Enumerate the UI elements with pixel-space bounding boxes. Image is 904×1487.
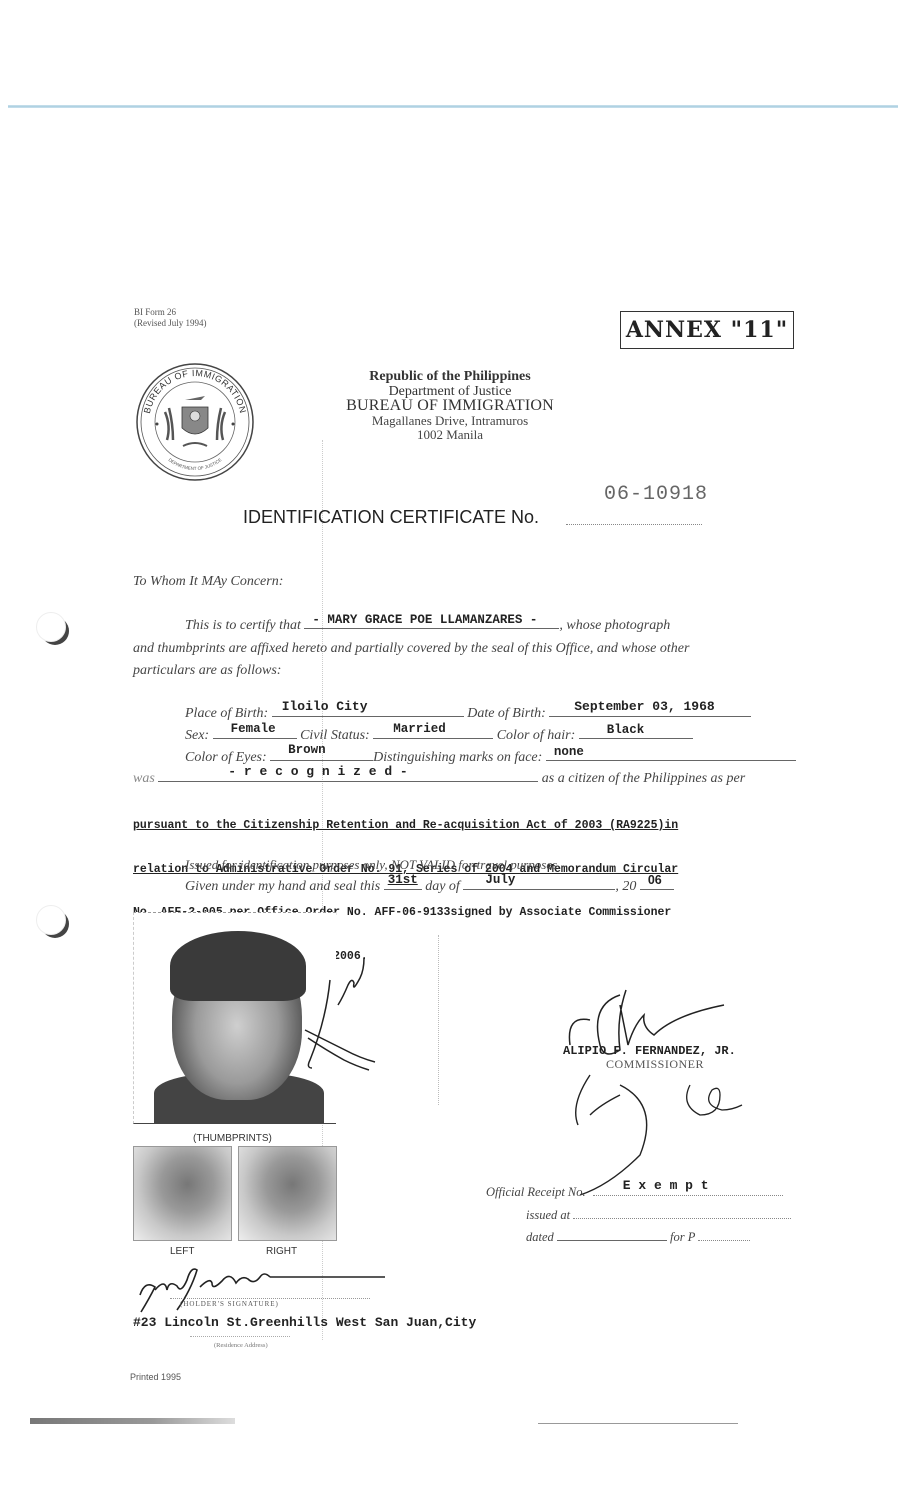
civil-status-label: Civil Status: <box>300 728 370 743</box>
issue-day: 31st <box>388 873 418 887</box>
hair-field: Black <box>579 738 693 739</box>
scan-artifact <box>538 1423 738 1424</box>
marks-label: Distinguishing marks on face: <box>373 750 542 765</box>
sex-value: Female <box>231 722 276 736</box>
eyes-label: Color of Eyes: <box>185 750 267 765</box>
certify-line: This is to certify that - MARY GRACE POE… <box>185 618 670 634</box>
eyes-value: Brown <box>288 743 326 757</box>
place-of-birth-field: Iloilo City <box>272 716 464 717</box>
month-field: July <box>463 889 615 890</box>
day-field: 31st <box>384 889 422 890</box>
dated-field <box>557 1240 667 1241</box>
place-of-birth: Iloilo City <box>282 699 368 714</box>
dated-row: dated for P <box>526 1230 750 1245</box>
date-of-birth-field: September 03, 1968 <box>549 716 751 717</box>
certify-suffix: , whose photograph <box>559 618 670 633</box>
year-field: 06 <box>640 889 674 890</box>
certificate-title: IDENTIFICATION CERTIFICATE No. <box>243 507 539 528</box>
residence-address: #23 Lincoln St.Greenhills West San Juan,… <box>133 1315 476 1330</box>
bureau-seal-icon: BUREAU OF IMMIGRATION DEPARTMENT OF JUST… <box>135 362 255 482</box>
receipt-field: E x e m p t <box>593 1195 783 1196</box>
certify-line-3: particulars are as follows: <box>133 663 281 679</box>
issued-at-field <box>573 1218 791 1219</box>
date-of-birth: September 03, 1968 <box>574 699 714 714</box>
for-amount-label: for P <box>670 1230 695 1244</box>
annex-label: ANNEX "11" <box>620 311 794 349</box>
marks-value: none <box>554 745 584 759</box>
marks-field: none <box>546 760 796 761</box>
dated-label: dated <box>526 1230 554 1244</box>
receipt-row: Official Receipt No. E x e m p t <box>486 1185 783 1200</box>
birth-row: Place of Birth: Iloilo City Date of Birt… <box>185 706 751 722</box>
svg-text:DEPARTMENT OF JUSTICE: DEPARTMENT OF JUSTICE <box>168 457 223 471</box>
holder-name: - MARY GRACE POE LLAMANZARES - <box>312 613 537 627</box>
issued-row: issued at <box>526 1208 791 1223</box>
header-city: 1002 Manila <box>330 428 570 443</box>
hair-value: Black <box>607 723 645 737</box>
place-of-birth-label: Place of Birth: <box>185 706 268 721</box>
residence-address-label: (Residence Address) <box>214 1342 268 1349</box>
seal-impression-edge <box>438 935 439 1105</box>
sex-row: Sex: Female Civil Status: Married Color … <box>185 728 693 744</box>
left-thumb-caption: LEFT <box>170 1246 194 1257</box>
certificate-number-line <box>566 524 702 525</box>
certificate-number: 06-10918 <box>604 483 708 506</box>
form-revised-text: (Revised July 1994) <box>134 318 207 329</box>
citizen-text: as a citizen of the Philippines as per <box>542 771 745 786</box>
sex-label: Sex: <box>185 728 209 743</box>
address-line <box>190 1336 290 1337</box>
certify-prefix: This is to certify that <box>185 618 301 633</box>
year-prefix: , 20 <box>615 879 636 894</box>
printed-year: Printed 1995 <box>130 1372 181 1382</box>
header-bureau: BUREAU OF IMMIGRATION <box>330 399 570 414</box>
commissioner-title: COMMISSIONER <box>606 1057 704 1072</box>
scan-edge-line <box>8 105 898 108</box>
issue-year: 06 <box>648 873 662 887</box>
sex-field: Female <box>213 738 297 739</box>
receipt-value: E x e m p t <box>623 1178 709 1193</box>
status-field: - r e c o g n i z e d - <box>158 781 538 782</box>
recognized-row: was - r e c o g n i z e d - as a citizen… <box>133 771 745 787</box>
certify-line-2: and thumbprints are affixed hereto and p… <box>133 641 689 657</box>
header-address: Magallanes Drive, Intramuros <box>330 414 570 429</box>
commissioner-name: ALIPIO F. FERNANDEZ, JR. <box>563 1044 736 1058</box>
amount-field <box>698 1240 750 1241</box>
eyes-field: Brown <box>270 760 373 761</box>
left-thumbprint <box>133 1146 232 1241</box>
header-republic: Republic of the Philippines <box>330 370 570 385</box>
form-number: BI Form 26 (Revised July 1994) <box>134 307 207 329</box>
right-thumb-caption: RIGHT <box>266 1246 297 1257</box>
given-prefix: Given under my hand and seal this <box>185 879 380 894</box>
civil-status: Married <box>393 722 446 736</box>
holder-signature-label: (HOLDER'S SIGNATURE) <box>180 1300 279 1308</box>
was-label: was <box>133 771 155 786</box>
punch-hole-icon <box>36 905 66 935</box>
commissioner-signature-icon <box>560 975 810 1195</box>
civil-status-field: Married <box>373 738 493 739</box>
salutation: To Whom It MAy Concern: <box>133 574 283 590</box>
receipt-label: Official Receipt No. <box>486 1185 586 1199</box>
photo-signature-icon <box>300 950 390 1080</box>
form-number-text: BI Form 26 <box>134 307 207 318</box>
right-thumbprint <box>238 1146 337 1241</box>
holder-signature-line <box>170 1298 370 1299</box>
legal-basis-line: pursuant to the Citizenship Retention an… <box>133 819 813 834</box>
punch-hole-icon <box>36 612 66 642</box>
issued-at-label: issued at <box>526 1208 570 1222</box>
date-of-birth-label: Date of Birth: <box>467 706 546 721</box>
thumbprints-label: (THUMBPRINTS) <box>193 1133 272 1144</box>
day-of-label: day of <box>425 879 460 894</box>
issue-month: July <box>485 873 515 887</box>
citizenship-status: - r e c o g n i z e d - <box>228 764 407 779</box>
validity-note: Issued for identification purposes only,… <box>185 857 560 873</box>
agency-header: Republic of the Philippines Department o… <box>330 370 570 443</box>
scan-artifact <box>30 1418 235 1424</box>
hair-label: Color of hair: <box>497 728 576 743</box>
given-row: Given under my hand and seal this 31st d… <box>185 879 674 895</box>
holder-name-field: - MARY GRACE POE LLAMANZARES - <box>304 628 559 629</box>
photo-hair <box>170 931 306 1001</box>
